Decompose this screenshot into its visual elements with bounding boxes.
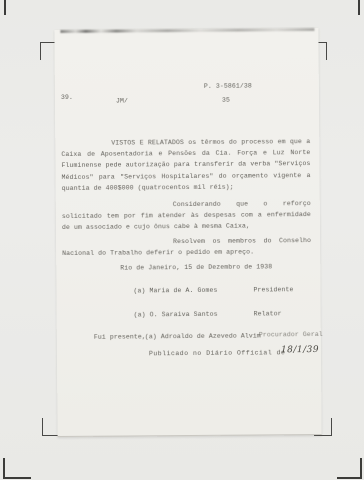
signature-name: (a) Maria de A. Gomes	[133, 285, 217, 297]
corner-mark-icon	[349, 0, 360, 15]
presence-role: Procurador Geral	[259, 329, 323, 341]
paragraph-vistos: VISTOS E RELATADOS os têrmos do processo…	[61, 136, 310, 194]
signature-role: Relator	[254, 308, 282, 319]
publication-date-handwritten: 18/1/39	[281, 345, 319, 355]
typist-initials: JM/	[116, 95, 128, 106]
page-edge-shadow	[60, 28, 314, 33]
scan-background: P. 3-5861/38 39. JM/ 35 VISTOS E RELATAD…	[0, 0, 364, 480]
signature-name: (a) O. Saraiva Santos	[134, 309, 218, 321]
publication-row: Publicado no Diário Official de 18/1/39	[57, 347, 321, 361]
signature-role: Presidente	[253, 284, 293, 296]
paragraph-resolvem: Resolvem os membros do Conselho Nacional…	[62, 235, 311, 259]
secondary-number: 35	[222, 95, 230, 106]
signature-row: (a) Maria de A. Gomes Presidente	[56, 284, 320, 298]
presence-name: (a) Adroaldo de Azevedo Alvim	[145, 330, 261, 342]
corner-mark-icon	[4, 0, 15, 15]
publication-text: Publicado no Diário Official de	[149, 347, 286, 359]
docket-number: P. 3-5861/38	[204, 80, 252, 92]
date-line: Rio de Janeiro, 15 de Dezembro de 1938	[120, 261, 272, 273]
signature-row: (a) O. Saraiva Santos Relator	[57, 308, 321, 322]
corner-mark-icon	[337, 458, 362, 479]
document-page: P. 3-5861/38 39. JM/ 35 VISTOS E RELATAD…	[54, 28, 321, 437]
presence-prefix: Fui presente,	[94, 331, 146, 343]
presence-row: Fui presente, (a) Adroaldo de Azevedo Al…	[57, 330, 321, 344]
sheet-number: 39.	[61, 92, 73, 103]
corner-mark-icon	[3, 458, 31, 479]
paragraph-considerando: Considerando que o reforço solicitado te…	[62, 198, 311, 234]
